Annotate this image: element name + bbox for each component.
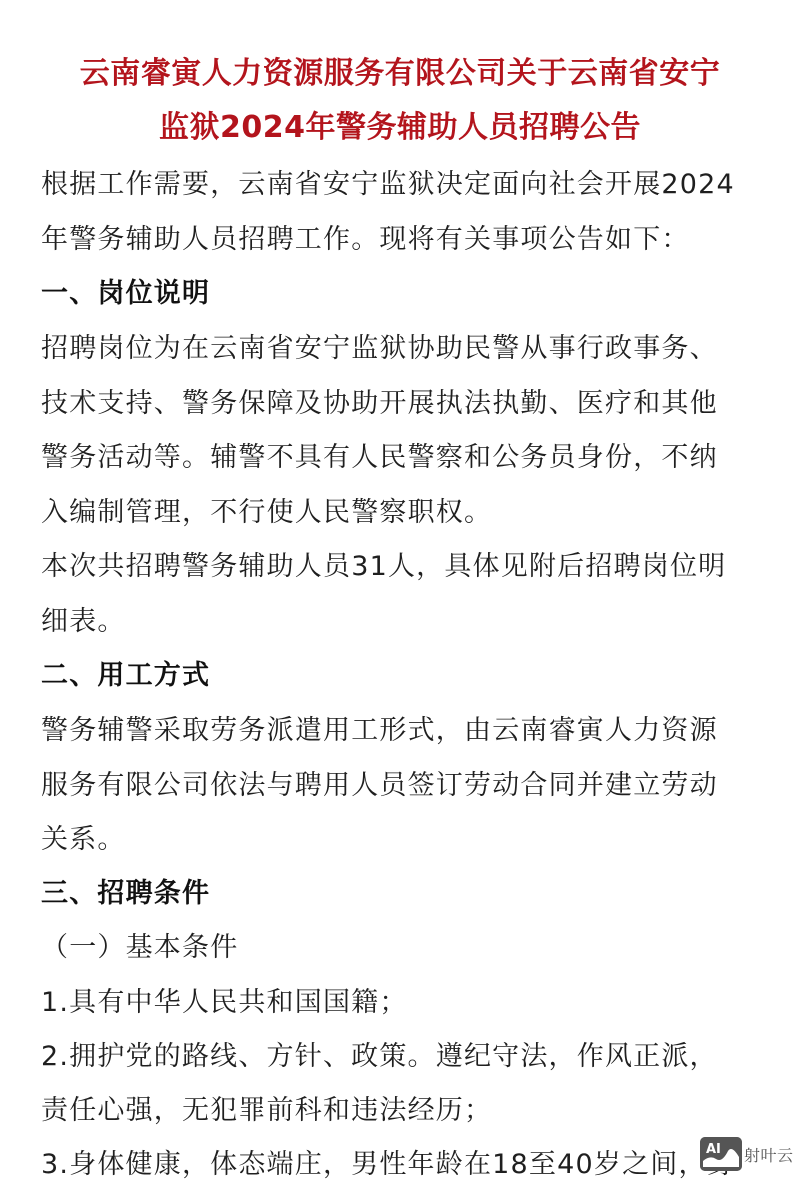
ai-image-icon: AI	[700, 1137, 742, 1171]
headcount-line-2: 细表。	[41, 599, 126, 638]
watermark-text: 射叶云	[744, 1143, 794, 1166]
section-heading-requirements: 三、招聘条件	[41, 871, 210, 910]
announcement-page: 云南睿寅人力资源服务有限公司关于云南省安宁 监狱2024年警务辅助人员招聘公告 …	[0, 0, 800, 1183]
requirement-item-2: 2.拥护党的路线、方针、政策。遵纪守法，作风正派，	[41, 1034, 718, 1073]
watermark: AI 射叶云	[700, 1136, 794, 1172]
headcount-line-1: 本次共招聘警务辅助人员31人，具体见附后招聘岗位明	[41, 544, 726, 583]
section-heading-employment-method: 二、用工方式	[41, 653, 210, 692]
requirement-item-3: 3.身体健康，体态端庄，男性年龄在18至40岁之间，身	[41, 1142, 735, 1181]
employment-line-1: 警务辅警采取劳务派遣用工形式，由云南睿寅人力资源	[41, 708, 718, 747]
requirement-item-1: 1.具有中华人民共和国国籍；	[41, 980, 408, 1019]
job-description-line-1: 招聘岗位为在云南省安宁监狱协助民警从事行政事务、	[41, 326, 718, 365]
job-description-line-3: 警务活动等。辅警不具有人民警察和公务员身份，不纳	[41, 435, 718, 474]
intro-line-1: 根据工作需要，云南省安宁监狱决定面向社会开展2024	[41, 162, 735, 201]
section-heading-job-description: 一、岗位说明	[41, 271, 210, 310]
employment-line-2: 服务有限公司依法与聘用人员签订劳动合同并建立劳动	[41, 763, 718, 802]
job-description-line-2: 技术支持、警务保障及协助开展执法执勤、医疗和其他	[41, 381, 718, 420]
employment-line-3: 关系。	[41, 817, 126, 856]
page-title-line-2: 监狱2024年警务辅助人员招聘公告	[0, 102, 800, 146]
requirement-item-2-cont: 责任心强，无犯罪前科和违法经历；	[41, 1088, 492, 1127]
subheading-basic-requirements: （一）基本条件	[41, 925, 238, 964]
intro-line-2: 年警务辅助人员招聘工作。现将有关事项公告如下：	[41, 217, 690, 256]
page-title-line-1: 云南睿寅人力资源服务有限公司关于云南省安宁	[0, 48, 800, 92]
job-description-line-4: 入编制管理，不行使人民警察职权。	[41, 490, 492, 529]
svg-text:AI: AI	[706, 1142, 721, 1157]
